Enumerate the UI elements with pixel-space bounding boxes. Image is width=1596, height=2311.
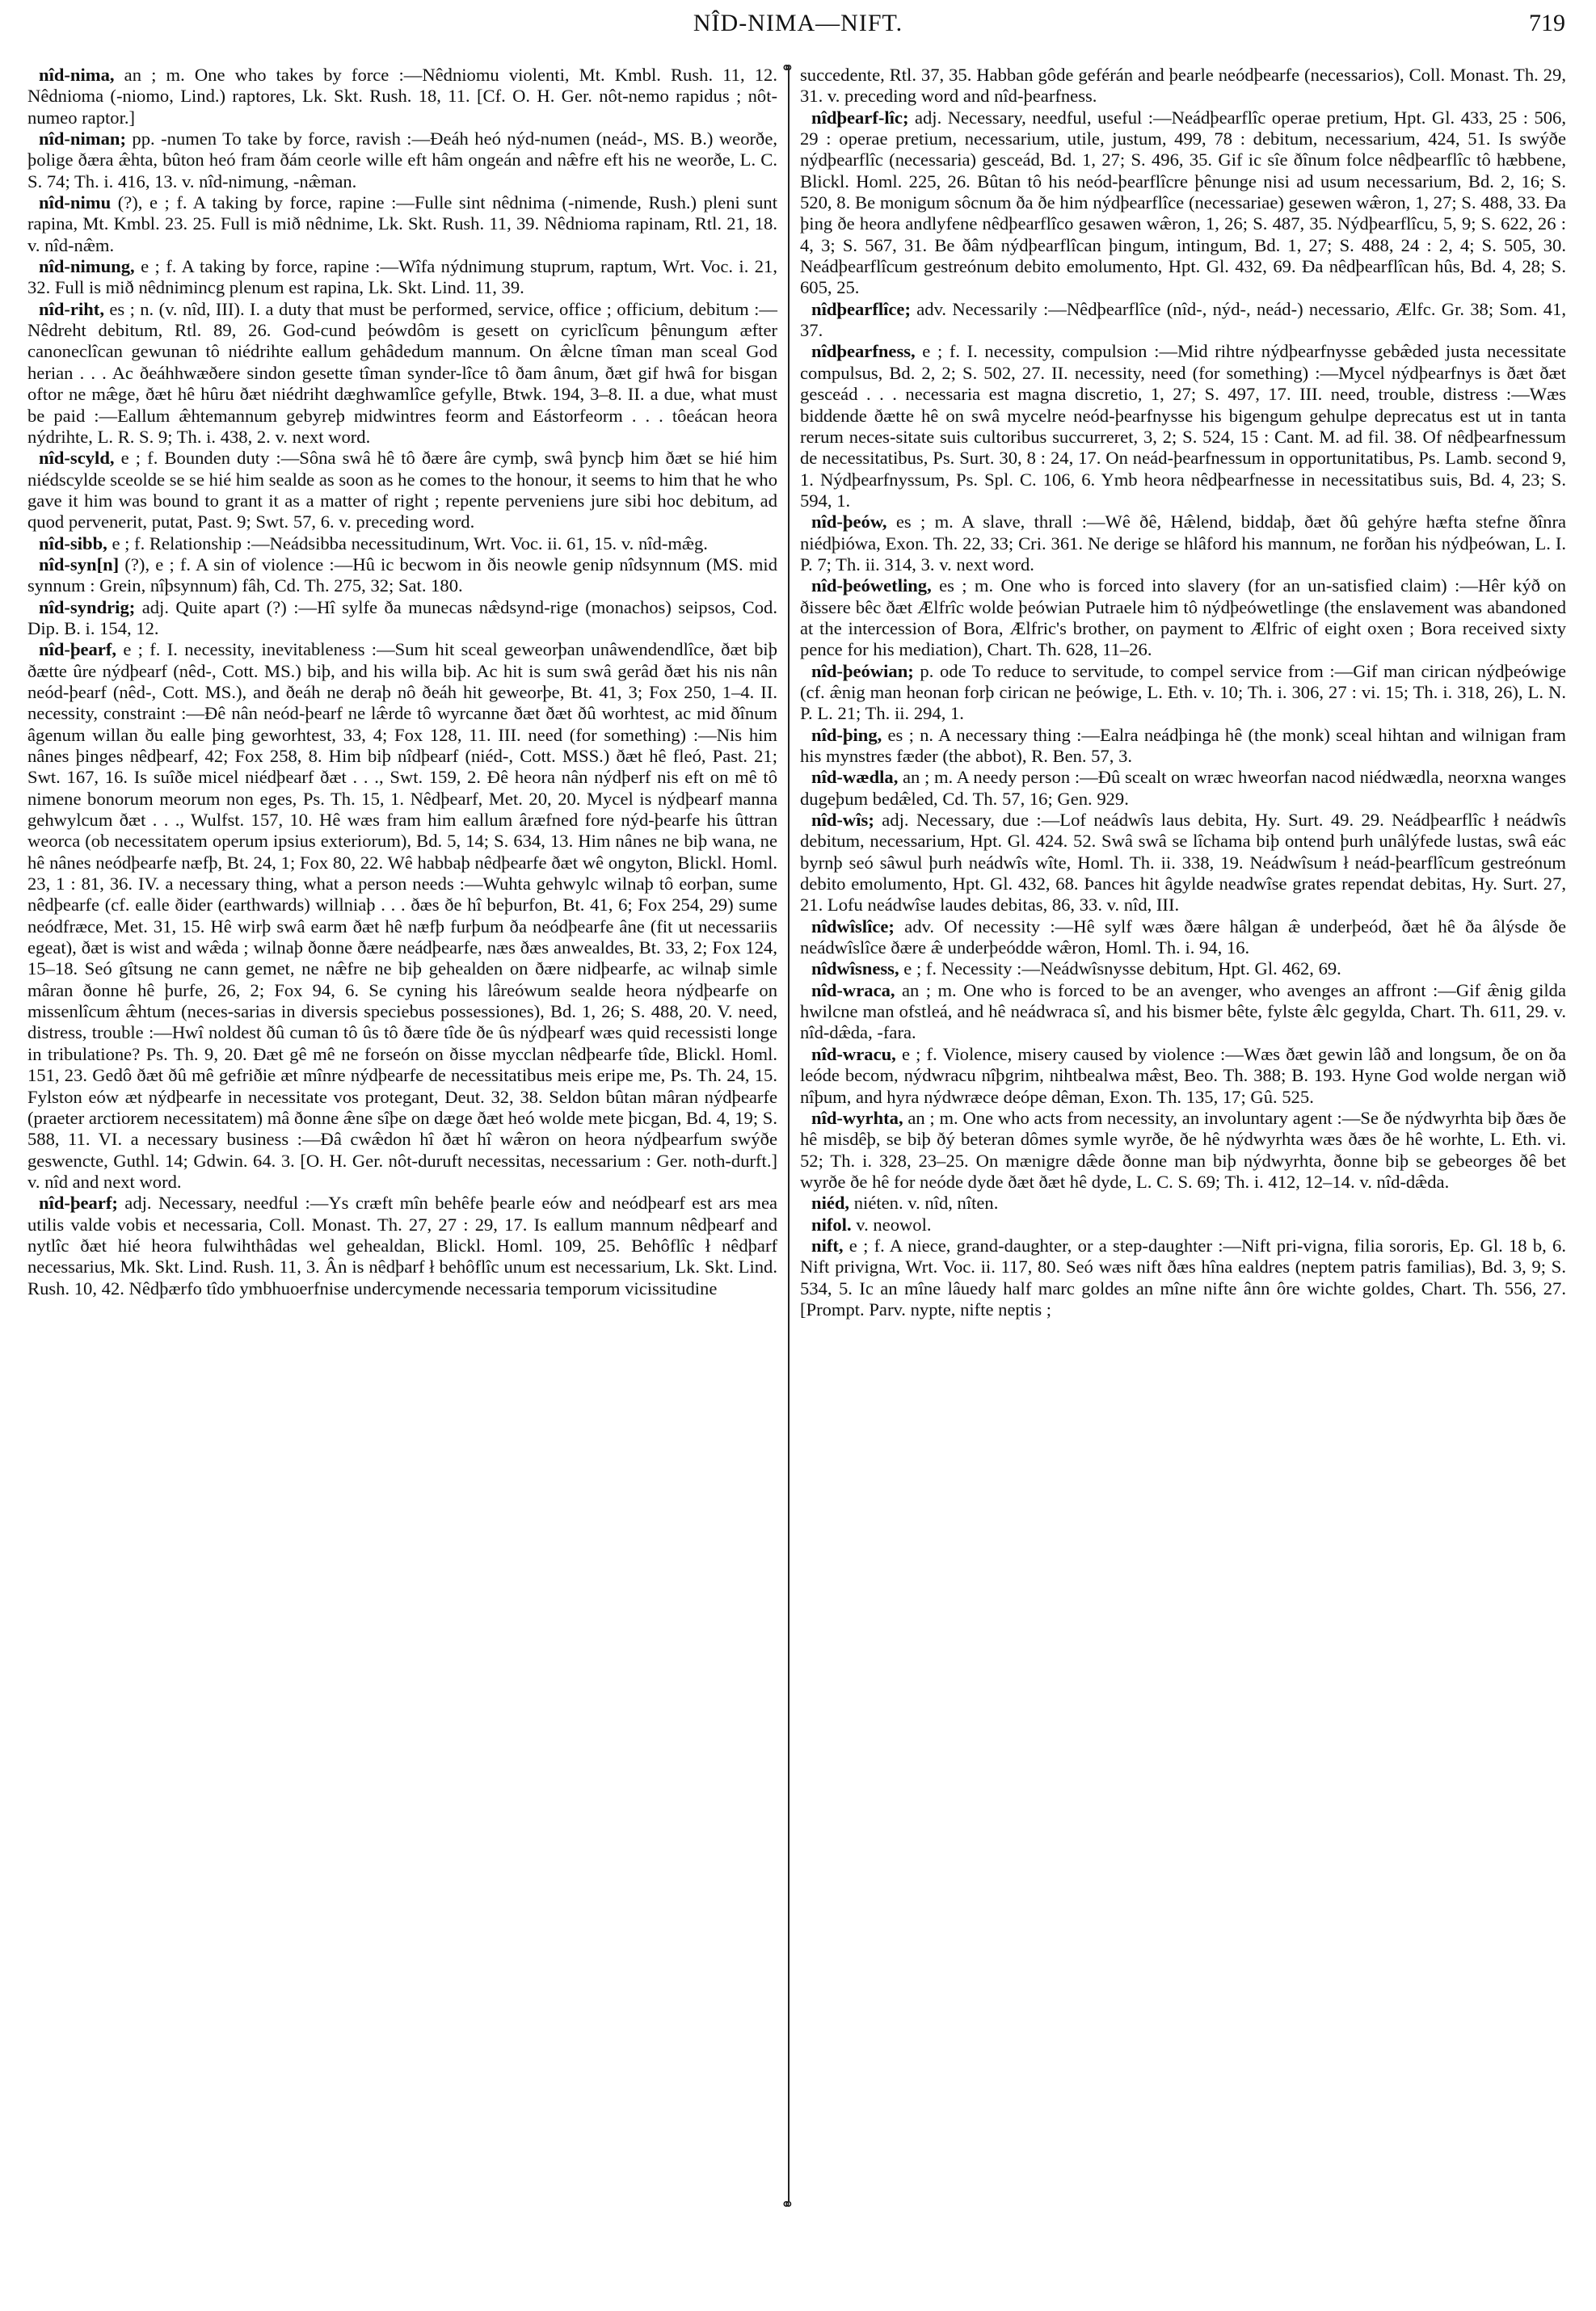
dictionary-entry: nîd-þeów, es ; m. A slave, thrall :—Wê ð…: [800, 511, 1566, 575]
entry-body: pp. -numen To take by force, ravish :—Ðe…: [27, 128, 777, 192]
entry-body: es ; n. A necessary thing :—Ealra neádþi…: [800, 725, 1566, 766]
entry-headword: nîd-syn[n]: [39, 554, 119, 575]
entry-headword: nîd-þeów,: [811, 511, 887, 532]
entry-body: an ; m. One who takes by force :—Nêdniom…: [27, 65, 777, 128]
entry-body: p. ode To reduce to servitude, to compel…: [800, 661, 1566, 724]
entry-headword: nîd-wîs;: [811, 810, 874, 830]
dictionary-entry: nîd-nimu (?), e ; f. A taking by force, …: [27, 192, 777, 256]
dictionary-entry: nîd-wîs; adj. Necessary, due :—Lof neádw…: [800, 810, 1566, 916]
dictionary-entry: nîd-riht, es ; n. (v. nîd, III). I. a du…: [27, 299, 777, 448]
dictionary-entry: nîd-niman; pp. -numen To take by force, …: [27, 128, 777, 192]
entry-body: an ; m. One who is forced to be an aveng…: [800, 980, 1566, 1043]
entry-headword: nift,: [811, 1235, 844, 1256]
entry-headword: nîdwîslîce;: [811, 916, 895, 937]
entry-body: an ; m. One who acts from necessity, an …: [800, 1108, 1566, 1192]
entry-body: niéten. v. nîd, nîten.: [849, 1193, 998, 1213]
dictionary-entry: nîd-nimung, e ; f. A taking by force, ra…: [27, 256, 777, 299]
entry-headword: nîdþearf-lîc;: [811, 107, 908, 128]
entry-body: (?), e ; f. A taking by force, rapine :—…: [27, 192, 777, 255]
page-header: NÎD-NIMA—NIFT. 719: [0, 6, 1596, 47]
dictionary-entry: nîdþearf-lîc; adj. Necessary, needful, u…: [800, 107, 1566, 299]
entry-body: e ; f. Bounden duty :—Sôna swâ hê tô ðær…: [27, 448, 777, 532]
entry-body: adv. Of necessity :—Hê sylf wæs ðære hâl…: [800, 916, 1566, 958]
dictionary-entry: nîd-scyld, e ; f. Bounden duty :—Sôna sw…: [27, 448, 777, 532]
page-number: 719: [1529, 10, 1565, 37]
entry-headword: nîd-niman;: [39, 128, 126, 149]
entry-headword: nîd-þearf;: [39, 1193, 118, 1213]
entry-body: e ; f. A taking by force, rapine :—Wîfa …: [27, 256, 777, 297]
entry-headword: nîd-nimung,: [39, 256, 135, 276]
dictionary-entry: nîdwîslîce; adv. Of necessity :—Hê sylf …: [800, 916, 1566, 959]
running-title: NÎD-NIMA—NIFT.: [0, 10, 1596, 37]
entry-body: adj. Necessary, due :—Lof neádwîs laus d…: [800, 810, 1566, 915]
entry-body: succedente, Rtl. 37, 35. Habban gôde gef…: [800, 65, 1566, 106]
entry-body: (?), e ; f. A sin of violence :—Hû ic be…: [27, 554, 777, 596]
entry-body: es ; n. (v. nîd, III). I. a duty that mu…: [27, 299, 777, 447]
dictionary-entry: nifol. v. neowol.: [800, 1214, 1566, 1235]
column-divider-ornament-bottom-icon: ⚭: [781, 2195, 794, 2215]
dictionary-entry: nîd-sibb, e ; f. Relationship :—Neádsibb…: [27, 533, 777, 554]
entry-headword: nîd-wraca,: [811, 980, 895, 1000]
dictionary-entry: nîd-þeówian; p. ode To reduce to servitu…: [800, 661, 1566, 725]
dictionary-entry: succedente, Rtl. 37, 35. Habban gôde gef…: [800, 65, 1566, 107]
dictionary-entry: nîd-þing, es ; n. A necessary thing :—Ea…: [800, 725, 1566, 768]
entry-headword: nîd-þeówetling,: [811, 575, 932, 596]
dictionary-entry: nîd-syndrig; adj. Quite apart (?) :—Hî s…: [27, 597, 777, 640]
entry-body: e ; f. A niece, grand-daughter, or a ste…: [800, 1235, 1566, 1320]
entry-body: e ; f. I. necessity, compulsion :—Mid ri…: [800, 341, 1566, 510]
entry-headword: nîd-scyld,: [39, 448, 115, 468]
entry-body: adj. Quite apart (?) :—Hî sylfe ða munec…: [27, 597, 777, 638]
dictionary-entry: nîd-wædla, an ; m. A needy person :—Ðû s…: [800, 767, 1566, 810]
right-column: succedente, Rtl. 37, 35. Habban gôde gef…: [800, 65, 1566, 1320]
entry-headword: nîdþearfness,: [811, 341, 916, 361]
dictionary-entry: nîdþearfness, e ; f. I. necessity, compu…: [800, 341, 1566, 511]
dictionary-entry: nîd-syn[n] (?), e ; f. A sin of violence…: [27, 554, 777, 597]
dictionary-entry: niéd, niéten. v. nîd, nîten.: [800, 1193, 1566, 1214]
dictionary-entry: nift, e ; f. A niece, grand-daughter, or…: [800, 1235, 1566, 1320]
entry-headword: nîd-syndrig;: [39, 597, 135, 617]
entry-headword: nifol.: [811, 1214, 852, 1235]
entry-headword: nîd-riht,: [39, 299, 104, 319]
entry-headword: nîd-nima,: [39, 65, 115, 85]
dictionary-entry: nîd-wyrhta, an ; m. One who acts from ne…: [800, 1108, 1566, 1193]
entry-body: an ; m. A needy person :—Ðû scealt on wr…: [800, 767, 1566, 808]
entry-headword: nîd-nimu: [39, 192, 111, 213]
dictionary-entry: nîd-wracu, e ; f. Violence, misery cause…: [800, 1044, 1566, 1108]
entry-body: v. neowol.: [852, 1214, 932, 1235]
left-column: nîd-nima, an ; m. One who takes by force…: [27, 65, 777, 1299]
dictionary-entry: nîd-þearf, e ; f. I. necessity, inevitab…: [27, 639, 777, 1193]
dictionary-entry: nîd-þearf; adj. Necessary, needful :—Ys …: [27, 1193, 777, 1299]
entry-body: adj. Necessary, needful :—Ys cræft mîn b…: [27, 1193, 777, 1298]
dictionary-entry: nîd-wraca, an ; m. One who is forced to …: [800, 980, 1566, 1044]
entry-headword: nîd-þearf,: [39, 639, 116, 659]
entry-headword: nîdþearflîce;: [811, 299, 911, 319]
dictionary-entry: nîd-nima, an ; m. One who takes by force…: [27, 65, 777, 128]
entry-body: e ; f. I. necessity, inevitableness :—Su…: [27, 639, 777, 1192]
entry-headword: niéd,: [811, 1193, 849, 1213]
entry-headword: nîd-wyrhta,: [811, 1108, 903, 1128]
entry-body: es ; m. A slave, thrall :—Wê ðê, Hæ̂lend…: [800, 511, 1566, 575]
entry-body: adj. Necessary, needful, useful :—Neádþe…: [800, 107, 1566, 298]
entry-body: adv. Necessarily :—Nêdþearflîce (nîd-, n…: [800, 299, 1566, 340]
entry-headword: nîd-þing,: [811, 725, 882, 745]
dictionary-entry: nîd-þeówetling, es ; m. One who is force…: [800, 575, 1566, 660]
entry-headword: nîd-þeówian;: [811, 661, 914, 681]
entry-body: e ; f. Violence, misery caused by violen…: [800, 1044, 1566, 1107]
entry-headword: nîd-sibb,: [39, 533, 107, 554]
entry-body: e ; f. Necessity :—Neádwîsnysse debitum,…: [899, 958, 1341, 979]
entry-headword: nîdwîsness,: [811, 958, 899, 979]
entry-body: e ; f. Relationship :—Neádsibba necessit…: [107, 533, 708, 554]
column-divider: [788, 66, 790, 2201]
dictionary-entry: nîdþearflîce; adv. Necessarily :—Nêdþear…: [800, 299, 1566, 342]
entry-headword: nîd-wracu,: [811, 1044, 896, 1064]
dictionary-entry: nîdwîsness, e ; f. Necessity :—Neádwîsny…: [800, 958, 1566, 979]
entry-headword: nîd-wædla,: [811, 767, 898, 787]
